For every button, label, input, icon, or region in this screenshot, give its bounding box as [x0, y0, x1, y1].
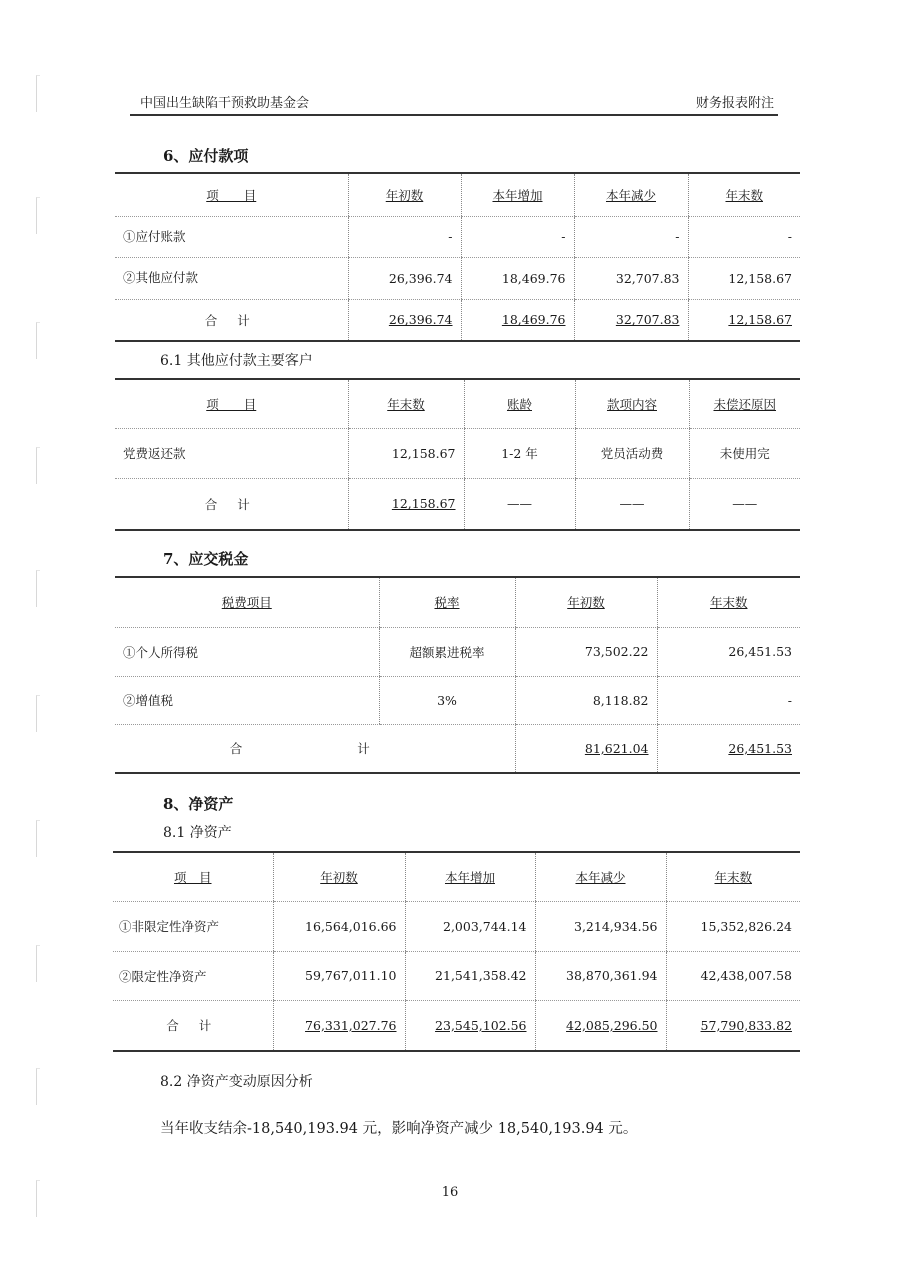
total-increase: 18,469.76 — [502, 312, 566, 327]
total-label: 合 计 — [115, 299, 348, 341]
header-item: 项 目 — [174, 870, 212, 885]
binding-mark — [36, 945, 40, 982]
header-opening: 年初数 — [386, 188, 424, 203]
total-opening: 76,331,027.76 — [305, 1018, 396, 1033]
table-header-row: 项 目 年末数 账龄 款项内容 未偿还原因 — [115, 379, 800, 428]
cell-closing: 26,451.53 — [657, 627, 800, 676]
cell-closing: 12,158.67 — [688, 257, 800, 299]
cell-decrease: 32,707.83 — [574, 257, 688, 299]
cell-opening: 16,564,016.66 — [273, 901, 405, 951]
cell-closing: 12,158.67 — [348, 428, 464, 478]
total-aging: —— — [464, 478, 575, 530]
cell-opening: 8,118.82 — [515, 676, 657, 724]
total-reason: —— — [689, 478, 800, 530]
cell-closing: 42,438,007.58 — [666, 951, 800, 1000]
table-header-row: 项 目 年初数 本年增加 本年减少 年末数 — [115, 173, 800, 216]
cell-increase: 21,541,358.42 — [405, 951, 535, 1000]
total-closing: 57,790,833.82 — [701, 1018, 792, 1033]
taxes-payable-table: 税费项目 税率 年初数 年末数 ①个人所得税 超额累进税率 73,502.22 … — [115, 576, 800, 774]
row-item: ①非限定性净资产 — [113, 901, 273, 951]
cell-aging: 1-2 年 — [464, 428, 575, 478]
binding-mark — [36, 197, 40, 234]
table-row: ①应付账款 - - - - — [115, 216, 800, 257]
total-increase: 23,545,102.56 — [435, 1018, 526, 1033]
row-item: ②其他应付款 — [115, 257, 348, 299]
section-8-1-title: 8.1 净资产 — [163, 822, 232, 842]
organization-name: 中国出生缺陷干预救助基金会 — [140, 92, 309, 111]
net-assets-table: 项 目 年初数 本年增加 本年减少 年末数 ①非限定性净资产 16,564,01… — [113, 851, 800, 1052]
header-item: 项 目 — [206, 397, 256, 412]
cell-closing: - — [657, 676, 800, 724]
cell-opening: 73,502.22 — [515, 627, 657, 676]
cell-decrease: 3,214,934.56 — [535, 901, 666, 951]
table-row: ①非限定性净资产 16,564,016.66 2,003,744.14 3,21… — [113, 901, 800, 951]
total-decrease: 32,707.83 — [616, 312, 680, 327]
page-header: 中国出生缺陷干预救助基金会 财务报表附注 — [130, 90, 778, 116]
total-opening: 26,396.74 — [389, 312, 453, 327]
table-row: ②增值税 3% 8,118.82 - — [115, 676, 800, 724]
binding-mark — [36, 695, 40, 732]
table-row: ②限定性净资产 59,767,011.10 21,541,358.42 38,8… — [113, 951, 800, 1000]
total-opening: 81,621.04 — [585, 741, 649, 756]
table-row: ②其他应付款 26,396.74 18,469.76 32,707.83 12,… — [115, 257, 800, 299]
header-closing: 年末数 — [725, 188, 763, 203]
section-8-title: 8、净资产 — [163, 793, 233, 814]
cell-reason: 未使用完 — [689, 428, 800, 478]
row-item: ②限定性净资产 — [113, 951, 273, 1000]
header-increase: 本年增加 — [445, 870, 495, 885]
binding-mark — [36, 820, 40, 857]
cell-decrease: 38,870,361.94 — [535, 951, 666, 1000]
header-decrease: 本年减少 — [606, 188, 656, 203]
cell-increase: - — [461, 216, 574, 257]
header-content: 款项内容 — [607, 397, 657, 412]
header-opening: 年初数 — [320, 870, 358, 885]
section-8-2-title: 8.2 净资产变动原因分析 — [160, 1071, 313, 1091]
header-closing: 年末数 — [710, 595, 748, 610]
payables-table: 项 目 年初数 本年增加 本年减少 年末数 ①应付账款 - - - - ②其他应… — [115, 172, 800, 342]
cell-rate: 3% — [379, 676, 515, 724]
total-decrease: 42,085,296.50 — [566, 1018, 657, 1033]
binding-mark — [36, 570, 40, 607]
binding-mark — [36, 447, 40, 484]
table-row: 党费返还款 12,158.67 1-2 年 党员活动费 未使用完 — [115, 428, 800, 478]
total-row: 合 计 26,396.74 18,469.76 32,707.83 12,158… — [115, 299, 800, 341]
header-aging: 账龄 — [507, 397, 532, 412]
major-payables-table: 项 目 年末数 账龄 款项内容 未偿还原因 党费返还款 12,158.67 1-… — [115, 378, 800, 531]
total-closing: 12,158.67 — [728, 312, 792, 327]
total-closing: 12,158.67 — [392, 496, 456, 511]
cell-opening: - — [348, 216, 461, 257]
total-row: 合 计 76,331,027.76 23,545,102.56 42,085,2… — [113, 1000, 800, 1051]
row-item: 党费返还款 — [115, 428, 348, 478]
cell-opening: 26,396.74 — [348, 257, 461, 299]
header-tax-item: 税费项目 — [222, 595, 272, 610]
header-rate: 税率 — [434, 595, 459, 610]
row-item: ①个人所得税 — [115, 627, 379, 676]
cell-closing: 15,352,826.24 — [666, 901, 800, 951]
header-closing: 年末数 — [387, 397, 425, 412]
section-7-title: 7、应交税金 — [163, 548, 248, 569]
cell-decrease: - — [574, 216, 688, 257]
total-label: 合 计 — [115, 478, 348, 530]
cell-increase: 2,003,744.14 — [405, 901, 535, 951]
cell-content: 党员活动费 — [575, 428, 689, 478]
header-closing: 年末数 — [714, 870, 752, 885]
header-item: 项 目 — [206, 188, 256, 203]
total-label: 合 计 — [113, 1000, 273, 1051]
section-6-1-title: 6.1 其他应付款主要客户 — [160, 350, 313, 370]
binding-mark — [36, 322, 40, 359]
cell-opening: 59,767,011.10 — [273, 951, 405, 1000]
header-opening: 年初数 — [567, 595, 605, 610]
cell-increase: 18,469.76 — [461, 257, 574, 299]
page-number: 16 — [0, 1185, 900, 1200]
cell-rate: 超额累进税率 — [379, 627, 515, 676]
total-content: —— — [575, 478, 689, 530]
total-row: 合 计 12,158.67 —— —— —— — [115, 478, 800, 530]
row-item: ①应付账款 — [115, 216, 348, 257]
total-closing: 26,451.53 — [728, 741, 792, 756]
table-row: ①个人所得税 超额累进税率 73,502.22 26,451.53 — [115, 627, 800, 676]
table-header-row: 税费项目 税率 年初数 年末数 — [115, 577, 800, 627]
binding-mark — [36, 1068, 40, 1105]
table-header-row: 项 目 年初数 本年增加 本年减少 年末数 — [113, 852, 800, 901]
net-assets-analysis-text: 当年收支结余-18,540,193.94 元，影响净资产减少 18,540,19… — [160, 1117, 637, 1138]
total-label: 合 计 — [115, 724, 515, 773]
document-title: 财务报表附注 — [696, 92, 774, 111]
header-decrease: 本年减少 — [575, 870, 625, 885]
binding-mark — [36, 75, 40, 112]
row-item: ②增值税 — [115, 676, 379, 724]
header-reason: 未偿还原因 — [713, 397, 776, 412]
total-row: 合 计 81,621.04 26,451.53 — [115, 724, 800, 773]
header-increase: 本年增加 — [492, 188, 542, 203]
section-6-title: 6、应付款项 — [163, 145, 248, 166]
cell-closing: - — [688, 216, 800, 257]
